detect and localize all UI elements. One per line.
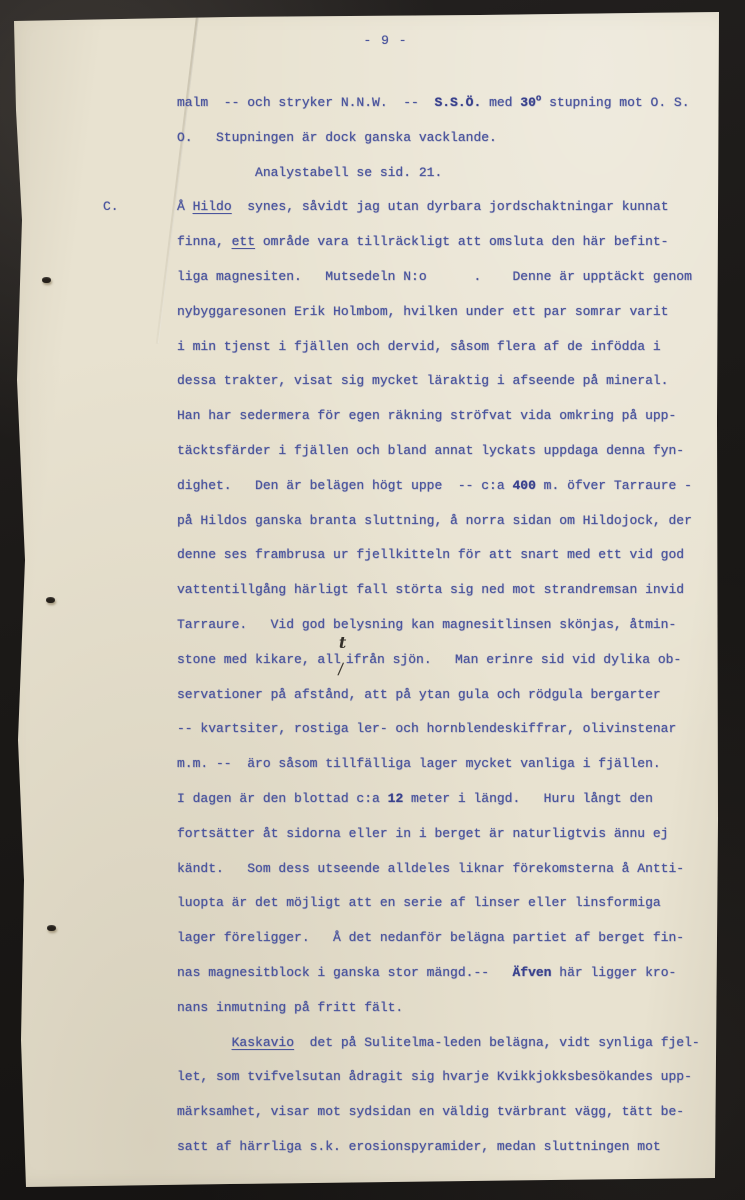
text-segment: liga magnesiten. Mutsedeln N:o . Denne ä… bbox=[177, 269, 692, 284]
text-segment: stone med kikare, all bbox=[177, 652, 341, 667]
text-segment bbox=[177, 1035, 232, 1050]
text-segment: ifrån sjön. Man erinre sid vid dylika ob… bbox=[346, 652, 681, 667]
text-segment: här ligger kro- bbox=[551, 965, 676, 980]
text-segment: Han har sedermera för egen räkning ströf… bbox=[177, 408, 676, 423]
text-segment: täcktsfärder i fjällen och bland annat l… bbox=[177, 443, 684, 458]
text-segment: -- kvartsiter, rostiga ler- och hornblen… bbox=[177, 721, 676, 736]
text-segment: satt af härrliga s.k. erosionspyramider,… bbox=[177, 1139, 661, 1154]
text-segment: 400 bbox=[512, 478, 535, 493]
text-segment: dessa trakter, visat sig mycket läraktig… bbox=[177, 373, 668, 388]
text-line: kändt. Som dess utseende alldeles liknar… bbox=[177, 852, 722, 887]
text-segment: Äfven bbox=[512, 965, 551, 980]
text-segment: kändt. Som dess utseende alldeles liknar… bbox=[177, 861, 684, 876]
text-line: stone med kikare, all/tifrån sjön. Man e… bbox=[177, 643, 722, 678]
text-segment: nybyggaresonen Erik Holmbom, hvilken und… bbox=[177, 304, 668, 319]
text-segment: nans inmutning på fritt fält. bbox=[177, 1000, 403, 1015]
text-segment: let, som tvifvelsutan ådragit sig hvarje… bbox=[177, 1069, 692, 1084]
text-line: Kaskavio det på Sulitelma-leden belägna,… bbox=[177, 1026, 722, 1061]
text-block: malm -- och stryker N.N.W. -- S.S.Ö. med… bbox=[177, 86, 722, 1165]
text-line: finna, ett område vara tillräckligt att … bbox=[177, 225, 722, 260]
text-segment: med bbox=[481, 95, 520, 110]
text-line: nybyggaresonen Erik Holmbom, hvilken und… bbox=[177, 295, 722, 330]
text-segment: I dagen är den blottad c:a bbox=[177, 791, 388, 806]
text-line: på Hildos ganska branta sluttning, å nor… bbox=[177, 504, 722, 539]
text-line: let, som tvifvelsutan ådragit sig hvarje… bbox=[177, 1060, 722, 1095]
text-line: täcktsfärder i fjällen och bland annat l… bbox=[177, 434, 722, 469]
text-segment: lager föreligger. Å det nedanför belägna… bbox=[177, 930, 684, 945]
text-segment: vattentillgång härligt fall störta sig n… bbox=[177, 582, 684, 597]
text-line: vattentillgång härligt fall störta sig n… bbox=[177, 573, 722, 608]
text-line: I dagen är den blottad c:a 12 meter i lä… bbox=[177, 782, 722, 817]
text-line: dessa trakter, visat sig mycket läraktig… bbox=[177, 364, 722, 399]
text-line: O. Stupningen är dock ganska vacklande. bbox=[177, 121, 722, 156]
text-segment: märksamhet, visar mot sydsidan en väldig… bbox=[177, 1104, 684, 1119]
text-segment: 30 bbox=[520, 95, 536, 110]
text-line: märksamhet, visar mot sydsidan en väldig… bbox=[177, 1095, 722, 1130]
text-segment: Tarraure. Vid god belysning kan magnesit… bbox=[177, 617, 676, 632]
text-segment: det på Sulitelma-leden belägna, vidt syn… bbox=[294, 1035, 700, 1050]
text-line: i min tjenst i fjällen och dervid, såsom… bbox=[177, 330, 722, 365]
text-line: nas magnesitblock i ganska stor mängd.--… bbox=[177, 956, 722, 991]
text-segment: servationer på afstånd, att på ytan gula… bbox=[177, 687, 661, 702]
text-line: malm -- och stryker N.N.W. -- S.S.Ö. med… bbox=[177, 86, 722, 121]
text-segment: m. öfver Tarraure - bbox=[536, 478, 692, 493]
pin-hole-mark bbox=[46, 597, 55, 603]
text-segment: malm -- och stryker N.N.W. -- bbox=[177, 95, 434, 110]
text-segment: finna, bbox=[177, 234, 232, 249]
text-segment: synes, såvidt jag utan dyrbara jordschak… bbox=[232, 199, 669, 214]
handwritten-insertion-mark: /t bbox=[341, 650, 346, 663]
text-line: Å Hildo synes, såvidt jag utan dyrbara j… bbox=[177, 190, 722, 225]
text-line: luopta är det möjligt att en serie af li… bbox=[177, 886, 722, 921]
underlined-text: ett bbox=[232, 234, 255, 249]
text-segment: 12 bbox=[388, 791, 404, 806]
text-segment: på Hildos ganska branta sluttning, å nor… bbox=[177, 513, 692, 528]
text-segment: denne ses frambrusa ur fjellkitteln för … bbox=[177, 547, 684, 562]
page-number-label: - 9 - bbox=[363, 33, 407, 48]
text-segment: stupning mot O. S. bbox=[541, 95, 689, 110]
text-line: servationer på afstånd, att på ytan gula… bbox=[177, 678, 722, 713]
text-line: lager föreligger. Å det nedanför belägna… bbox=[177, 921, 722, 956]
inserted-letter: t bbox=[339, 626, 346, 661]
pin-hole-mark bbox=[47, 925, 56, 931]
text-segment: område vara tillräckligt att omsluta den… bbox=[255, 234, 668, 249]
text-line: Analystabell se sid. 21. bbox=[177, 156, 722, 191]
text-line: m.m. -- äro såsom tillfälliga lager myck… bbox=[177, 747, 722, 782]
text-segment: fortsätter åt sidorna eller in i berget … bbox=[177, 826, 668, 841]
text-segment: nas magnesitblock i ganska stor mängd.-- bbox=[177, 965, 512, 980]
text-line: satt af härrliga s.k. erosionspyramider,… bbox=[177, 1130, 722, 1165]
text-line: dighet. Den är belägen högt uppe -- c:a … bbox=[177, 469, 722, 504]
pin-hole-mark bbox=[42, 277, 51, 283]
underlined-text: Hildo bbox=[193, 199, 232, 214]
text-line: Tarraure. Vid god belysning kan magnesit… bbox=[177, 608, 722, 643]
page-number: - 9 - bbox=[0, 33, 745, 48]
underlined-text: Kaskavio bbox=[232, 1035, 294, 1050]
text-segment: luopta är det möjligt att en serie af li… bbox=[177, 895, 661, 910]
text-segment: meter i längd. Huru långt den bbox=[403, 791, 653, 806]
text-segment: Analystabell se sid. 21. bbox=[177, 165, 442, 180]
text-segment: O. Stupningen är dock ganska vacklande. bbox=[177, 130, 497, 145]
text-segment: Å bbox=[177, 199, 193, 214]
text-segment: i min tjenst i fjällen och dervid, såsom… bbox=[177, 339, 661, 354]
margin-note: C. bbox=[103, 199, 119, 214]
text-line: -- kvartsiter, rostiga ler- och hornblen… bbox=[177, 712, 722, 747]
text-line: liga magnesiten. Mutsedeln N:o . Denne ä… bbox=[177, 260, 722, 295]
text-line: fortsätter åt sidorna eller in i berget … bbox=[177, 817, 722, 852]
text-line: Han har sedermera för egen räkning ströf… bbox=[177, 399, 722, 434]
text-segment: m.m. -- äro såsom tillfälliga lager myck… bbox=[177, 756, 661, 771]
text-line: nans inmutning på fritt fält. bbox=[177, 991, 722, 1026]
text-segment: S.S.Ö. bbox=[434, 95, 481, 110]
text-line: denne ses frambrusa ur fjellkitteln för … bbox=[177, 538, 722, 573]
text-segment: dighet. Den är belägen högt uppe -- c:a bbox=[177, 478, 512, 493]
